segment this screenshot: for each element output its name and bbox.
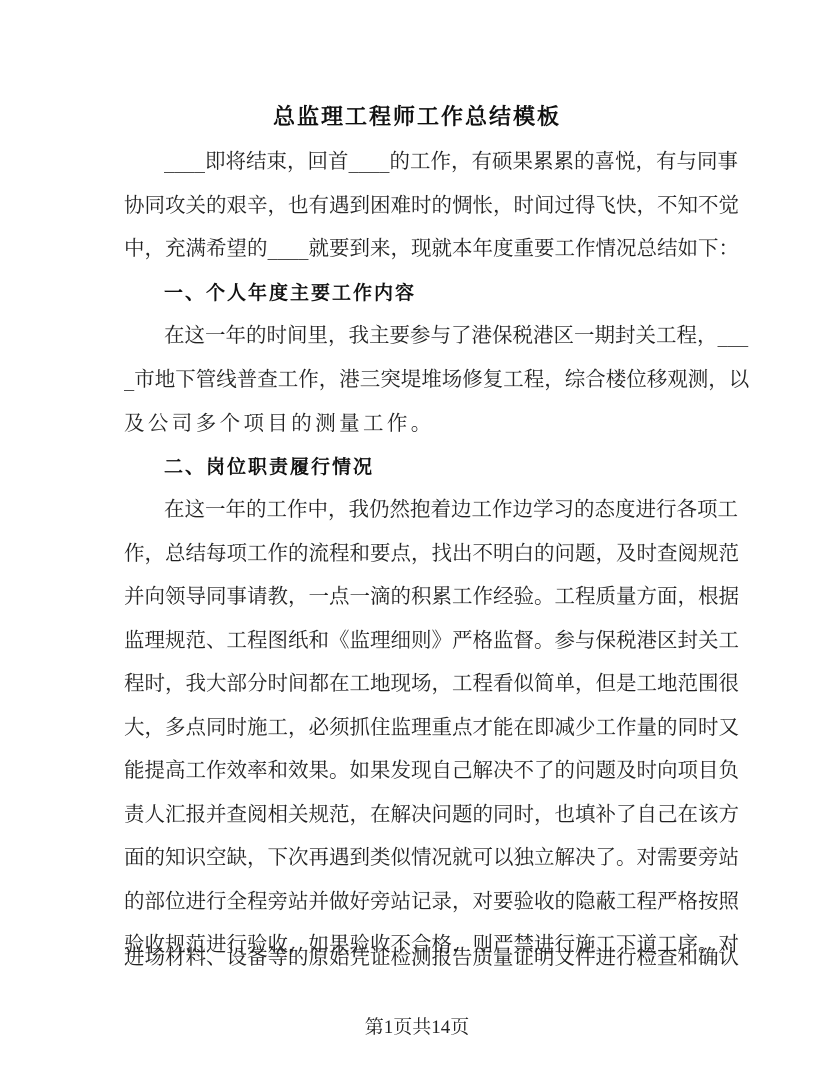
- section-heading: 一、个人年度主要工作内容: [164, 278, 416, 305]
- paragraph-line: 面的知识空缺，下次再遇到类似情况就可以独立解决了。对需要旁站: [124, 844, 714, 870]
- paragraph-line: 及公司多个项目的测量工作。: [124, 410, 714, 436]
- paragraph-line: 在这一年的时间里，我主要参与了港保税港区一期封关工程，___: [164, 322, 714, 348]
- paragraph-line: 协同攻关的艰辛，也有遇到困难时的惆怅，时间过得飞快，不知不觉: [124, 192, 714, 218]
- paragraph-line: 能提高工作效率和效果。如果发现自己解决不了的问题及时向项目负: [124, 757, 714, 783]
- paragraph-line: 中，充满希望的____就要到来，现就本年度重要工作情况总结如下：: [124, 235, 714, 261]
- paragraph-line: _市地下管线普查工作，港三突堤堆场修复工程，综合楼位移观测，以: [124, 366, 714, 392]
- section-heading: 二、岗位职责履行情况: [164, 452, 374, 479]
- paragraph-line: 进场材料、设备等的原始凭证检测报告质量证明文件进行检查和确认: [124, 944, 714, 970]
- paragraph-line: 程时，我大部分时间都在工地现场，工程看似简单，但是工地范围很: [124, 670, 714, 696]
- paragraph-line: 并向领导同事请教，一点一滴的积累工作经验。工程质量方面，根据: [124, 583, 714, 609]
- document-page: 总监理工程师工作总结模板 ____即将结束，回首____的工作，有硕果累累的喜悦…: [0, 0, 834, 1080]
- paragraph-line: ____即将结束，回首____的工作，有硕果累累的喜悦，有与同事: [164, 148, 714, 174]
- paragraph-line: 监理规范、工程图纸和《监理细则》严格监督。参与保税港区封关工: [124, 627, 714, 653]
- paragraph-line: 大，多点同时施工，必须抓住监理重点才能在即减少工作量的同时又: [124, 714, 714, 740]
- paragraph-line: 的部位进行全程旁站并做好旁站记录，对要验收的隐蔽工程严格按照: [124, 888, 714, 914]
- page-number: 第1页共14页: [0, 1012, 834, 1039]
- paragraph-line: 责人汇报并查阅相关规范，在解决问题的同时，也填补了自己在该方: [124, 801, 714, 827]
- paragraph-line: 在这一年的工作中，我仍然抱着边工作边学习的态度进行各项工: [164, 496, 714, 522]
- document-title: 总监理工程师工作总结模板: [0, 100, 834, 131]
- paragraph-line: 作，总结每项工作的流程和要点，找出不明白的问题，及时查阅规范: [124, 540, 714, 566]
